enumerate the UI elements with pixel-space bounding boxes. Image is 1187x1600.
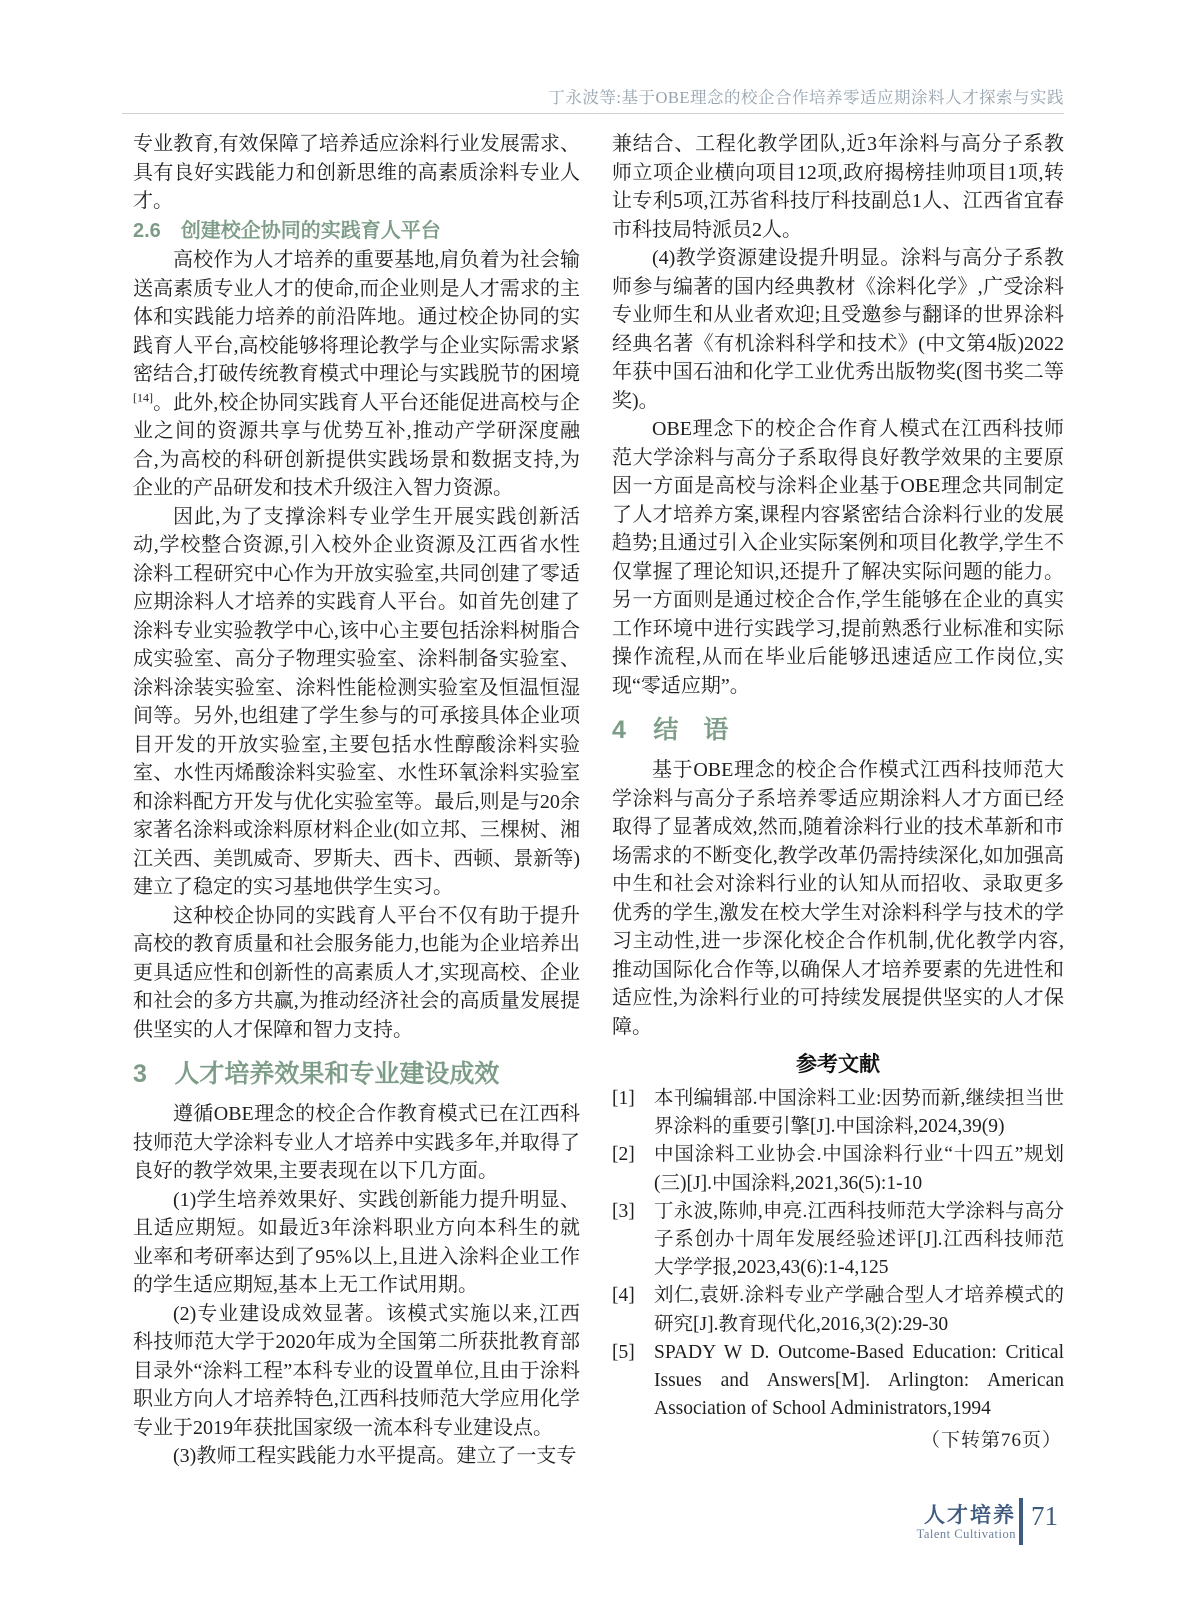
paragraph: (2)专业建设成效显著。该模式实施以来,江西科技师范大学于2020年成为全国第二… <box>133 1300 580 1443</box>
reference-text: 丁永波,陈帅,申亮.江西科技师范大学涂料与高分子系创办十周年发展经验述评[J].… <box>654 1198 1064 1283</box>
reference-label: [2] <box>612 1141 654 1197</box>
paragraph: 基于OBE理念的校企合作模式江西科技师范大学涂料与高分子系培养零适应期涂料人才方… <box>612 756 1064 1041</box>
footer-section-name-zh: 人才培养 <box>924 1499 1016 1529</box>
paragraph: 高校作为人才培养的重要基地,肩负着为社会输送高素质专业人才的使命,而企业则是人才… <box>133 246 580 503</box>
paragraph: (4)教学资源建设提升明显。涂料与高分子系教师参与编著的国内经典教材《涂料化学》… <box>612 244 1064 415</box>
reference-text: 本刊编辑部.中国涂料工业:因势而新,继续担当世界涂料的重要引擎[J].中国涂料,… <box>654 1085 1064 1141</box>
reference-item: [5] SPADY W D. Outcome-Based Education: … <box>612 1339 1064 1424</box>
paragraph-text: 。此外,校企协同实践育人平台还能促进高校与企业之间的资源共享与优势互补,推动产学… <box>133 392 580 500</box>
reference-label: [5] <box>612 1339 654 1424</box>
right-column: 兼结合、工程化教学团队,近3年涂料与高分子系教师立项企业横向项目12项,政府揭榜… <box>612 130 1064 1455</box>
reference-item: [1] 本刊编辑部.中国涂料工业:因势而新,继续担当世界涂料的重要引擎[J].中… <box>612 1085 1064 1141</box>
section-number: 3 <box>133 1060 147 1088</box>
paragraph-continuation: 兼结合、工程化教学团队,近3年涂料与高分子系教师立项企业横向项目12项,政府揭榜… <box>612 130 1064 244</box>
reference-item: [4] 刘仁,袁妍.涂料专业产学融合型人才培养模式的研究[J].教育现代化,20… <box>612 1282 1064 1338</box>
section-heading-2-6: 2.6创建校企协同的实践育人平台 <box>133 217 580 246</box>
section-title: 结 语 <box>653 716 728 744</box>
section-title: 人才培养效果和专业建设成效 <box>174 1060 499 1088</box>
citation-superscript: [14] <box>133 390 153 404</box>
paragraph: 遵循OBE理念的校企合作教育模式已在江西科技师范大学涂料专业人才培养中实践多年,… <box>133 1100 580 1186</box>
paragraph: OBE理念下的校企合作育人模式在江西科技师范大学涂料与高分子系取得良好教学效果的… <box>612 415 1064 700</box>
journal-page: { "colors": { "heading_accent": "#7d9c87… <box>0 0 1187 1600</box>
section-number: 2.6 <box>133 220 161 242</box>
header-rule <box>122 113 1064 114</box>
paragraph: 这种校企协同的实践育人平台不仅有助于提升高校的教育质量和社会服务能力,也能为企业… <box>133 902 580 1045</box>
reference-label: [4] <box>612 1282 654 1338</box>
running-header: 丁永波等:基于OBE理念的校企合作培养零适应期涂料人才探索与实践 <box>122 84 1064 108</box>
reference-text: 刘仁,袁妍.涂料专业产学融合型人才培养模式的研究[J].教育现代化,2016,3… <box>654 1282 1064 1338</box>
paragraph: (3)教师工程实践能力水平提高。建立了一支专 <box>133 1442 580 1471</box>
footer-section-name-en: Talent Cultivation <box>917 1527 1016 1542</box>
footer-divider-bar <box>1019 1498 1023 1545</box>
reference-text: 中国涂料工业协会.中国涂料行业“十四五”规划(三)[J].中国涂料,2021,3… <box>654 1141 1064 1197</box>
reference-item: [3] 丁永波,陈帅,申亮.江西科技师范大学涂料与高分子系创办十周年发展经验述评… <box>612 1198 1064 1283</box>
left-column: 专业教育,有效保障了培养适应涂料行业发展需求、具有良好实践能力和创新思维的高素质… <box>133 130 580 1471</box>
references-title: 参考文献 <box>612 1049 1064 1079</box>
section-heading-3: 3人才培养效果和专业建设成效 <box>133 1059 580 1089</box>
paragraph-continuation: 专业教育,有效保障了培养适应涂料行业发展需求、具有良好实践能力和创新思维的高素质… <box>133 130 580 216</box>
reference-label: [3] <box>612 1198 654 1283</box>
section-title: 创建校企协同的实践育人平台 <box>181 220 441 242</box>
paragraph-text: 高校作为人才培养的重要基地,肩负着为社会输送高素质专业人才的使命,而企业则是人才… <box>133 249 580 385</box>
reference-label: [1] <box>612 1085 654 1141</box>
section-number: 4 <box>612 716 626 744</box>
continuation-note: （下转第76页） <box>612 1427 1062 1455</box>
paragraph: (1)学生培养效果好、实践创新能力提升明显、且适应期短。如最近3年涂料职业方向本… <box>133 1186 580 1300</box>
section-heading-4: 4结 语 <box>612 715 1064 745</box>
footer-page-number: 71 <box>1031 1501 1058 1532</box>
reference-text: SPADY W D. Outcome-Based Education: Crit… <box>654 1339 1064 1424</box>
reference-item: [2] 中国涂料工业协会.中国涂料行业“十四五”规划(三)[J].中国涂料,20… <box>612 1141 1064 1197</box>
paragraph: 因此,为了支撑涂料专业学生开展实践创新活动,学校整合资源,引入校外企业资源及江西… <box>133 503 580 902</box>
